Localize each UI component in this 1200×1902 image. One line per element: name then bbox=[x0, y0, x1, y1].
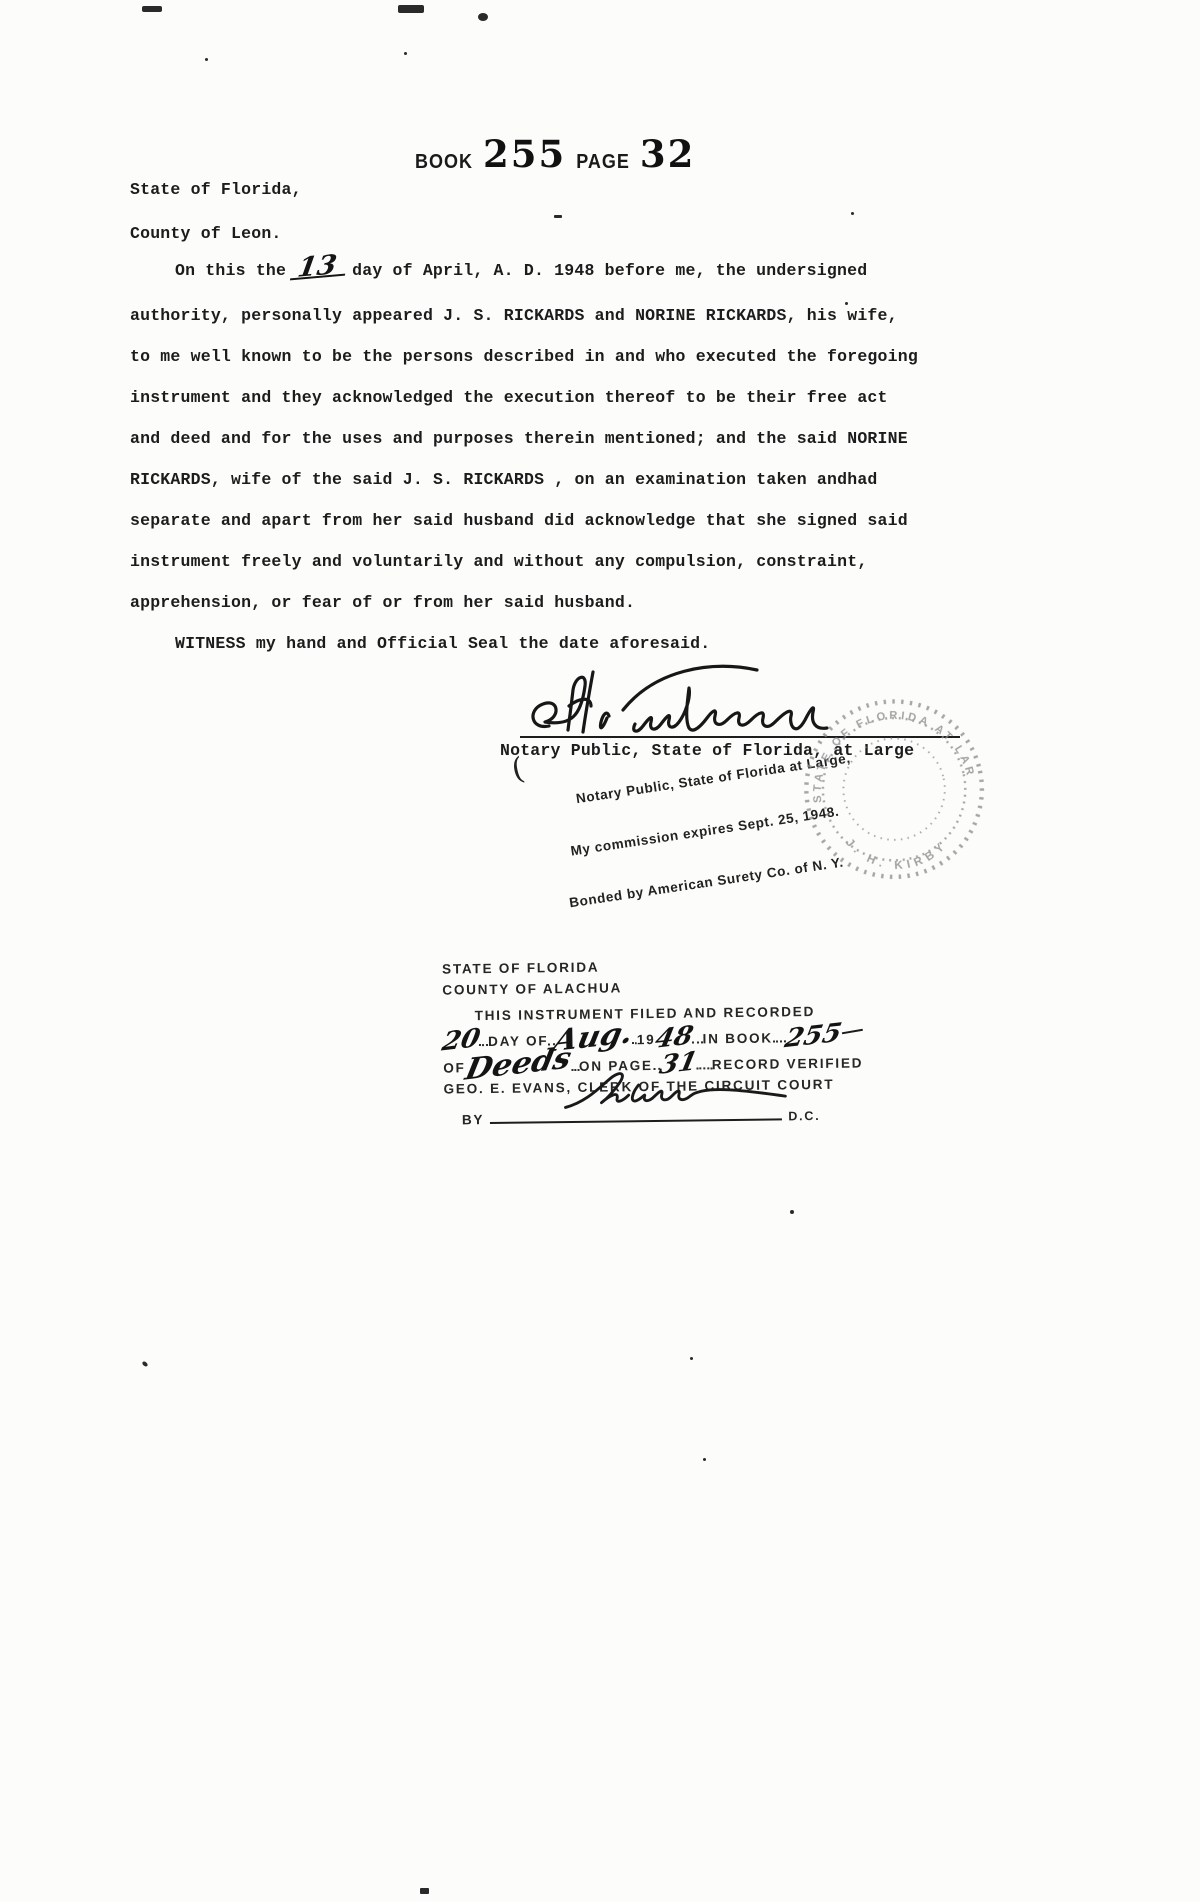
seal-inner-text: J. H. KIRBY bbox=[842, 817, 954, 884]
book-number: 255 bbox=[483, 132, 566, 176]
deputy-signature-rule bbox=[490, 1104, 782, 1124]
scan-speck bbox=[420, 1888, 429, 1894]
page-number: 32 bbox=[640, 132, 696, 176]
svg-text:J. H. KIRBY: J. H. KIRBY bbox=[842, 817, 954, 884]
scan-speck bbox=[703, 1458, 706, 1461]
by-label: BY bbox=[462, 1109, 485, 1130]
filing-county: COUNTY OF ALACHUA bbox=[442, 974, 862, 1000]
scan-speck bbox=[398, 5, 424, 13]
paragraph-suffix: day of April, A. D. 1948 before me, the … bbox=[352, 261, 867, 280]
scan-speck bbox=[478, 13, 488, 21]
page-label: PAGE bbox=[576, 149, 630, 173]
filing-by-row: BY D.C. bbox=[444, 1103, 864, 1131]
scan-speck bbox=[690, 1357, 693, 1360]
paragraph-line: apprehension, or fear of or from her sai… bbox=[130, 593, 635, 612]
handwritten-dash bbox=[842, 1029, 863, 1034]
scanned-deed-page: BOOK 255 PAGE 32 State of Florida, Count… bbox=[0, 0, 1200, 1902]
paragraph-line: to me well known to be the persons descr… bbox=[130, 347, 918, 366]
paragraph-line: instrument and they acknowledged the exe… bbox=[130, 388, 888, 407]
paragraph-line: instrument freely and voluntarily and wi… bbox=[130, 552, 867, 571]
paragraph-line: RICKARDS, wife of the said J. S. RICKARD… bbox=[130, 470, 878, 489]
paragraph-line: and deed and for the uses and purposes t… bbox=[130, 429, 908, 448]
year-label: 19 bbox=[637, 1029, 656, 1050]
scan-speck bbox=[205, 58, 208, 61]
scan-speck bbox=[790, 1210, 794, 1214]
dotted-leader bbox=[479, 1033, 488, 1046]
deputy-clerk-signature bbox=[560, 1062, 791, 1121]
handwritten-book-number: 255 bbox=[783, 1023, 843, 1050]
scan-speck bbox=[554, 215, 562, 218]
of-label: OF bbox=[443, 1057, 466, 1078]
witness-line: WITNESS my hand and Official Seal the da… bbox=[130, 634, 710, 653]
book-label: BOOK bbox=[415, 149, 473, 173]
filing-stamp: STATE OF FLORIDA COUNTY OF ALACHUA THIS … bbox=[442, 953, 864, 1131]
state-line: State of Florida, bbox=[130, 180, 302, 199]
paragraph-line: separate and apart from her said husband… bbox=[130, 511, 908, 530]
scan-speck bbox=[404, 52, 407, 55]
handwritten-book-type: Deeds bbox=[464, 1048, 573, 1081]
book-page-stamp: BOOK 255 PAGE 32 bbox=[415, 132, 695, 176]
county-line: County of Leon. bbox=[130, 224, 282, 243]
scan-speck bbox=[709, 354, 712, 359]
paragraph-line: On this the 13 day of April, A. D. 1948 … bbox=[130, 258, 867, 280]
scan-speck bbox=[851, 212, 854, 215]
dc-label: D.C. bbox=[788, 1106, 820, 1127]
scan-speck bbox=[141, 1361, 148, 1368]
scan-speck bbox=[142, 6, 162, 12]
in-book-label: IN BOOK bbox=[702, 1028, 773, 1050]
paragraph-prefix: On this the bbox=[175, 261, 286, 280]
paragraph-line: authority, personally appeared J. S. RIC… bbox=[130, 306, 898, 325]
scan-speck bbox=[845, 302, 848, 305]
handwritten-day-13: 13 bbox=[290, 256, 348, 281]
handwritten-day: 20 bbox=[440, 1028, 482, 1053]
